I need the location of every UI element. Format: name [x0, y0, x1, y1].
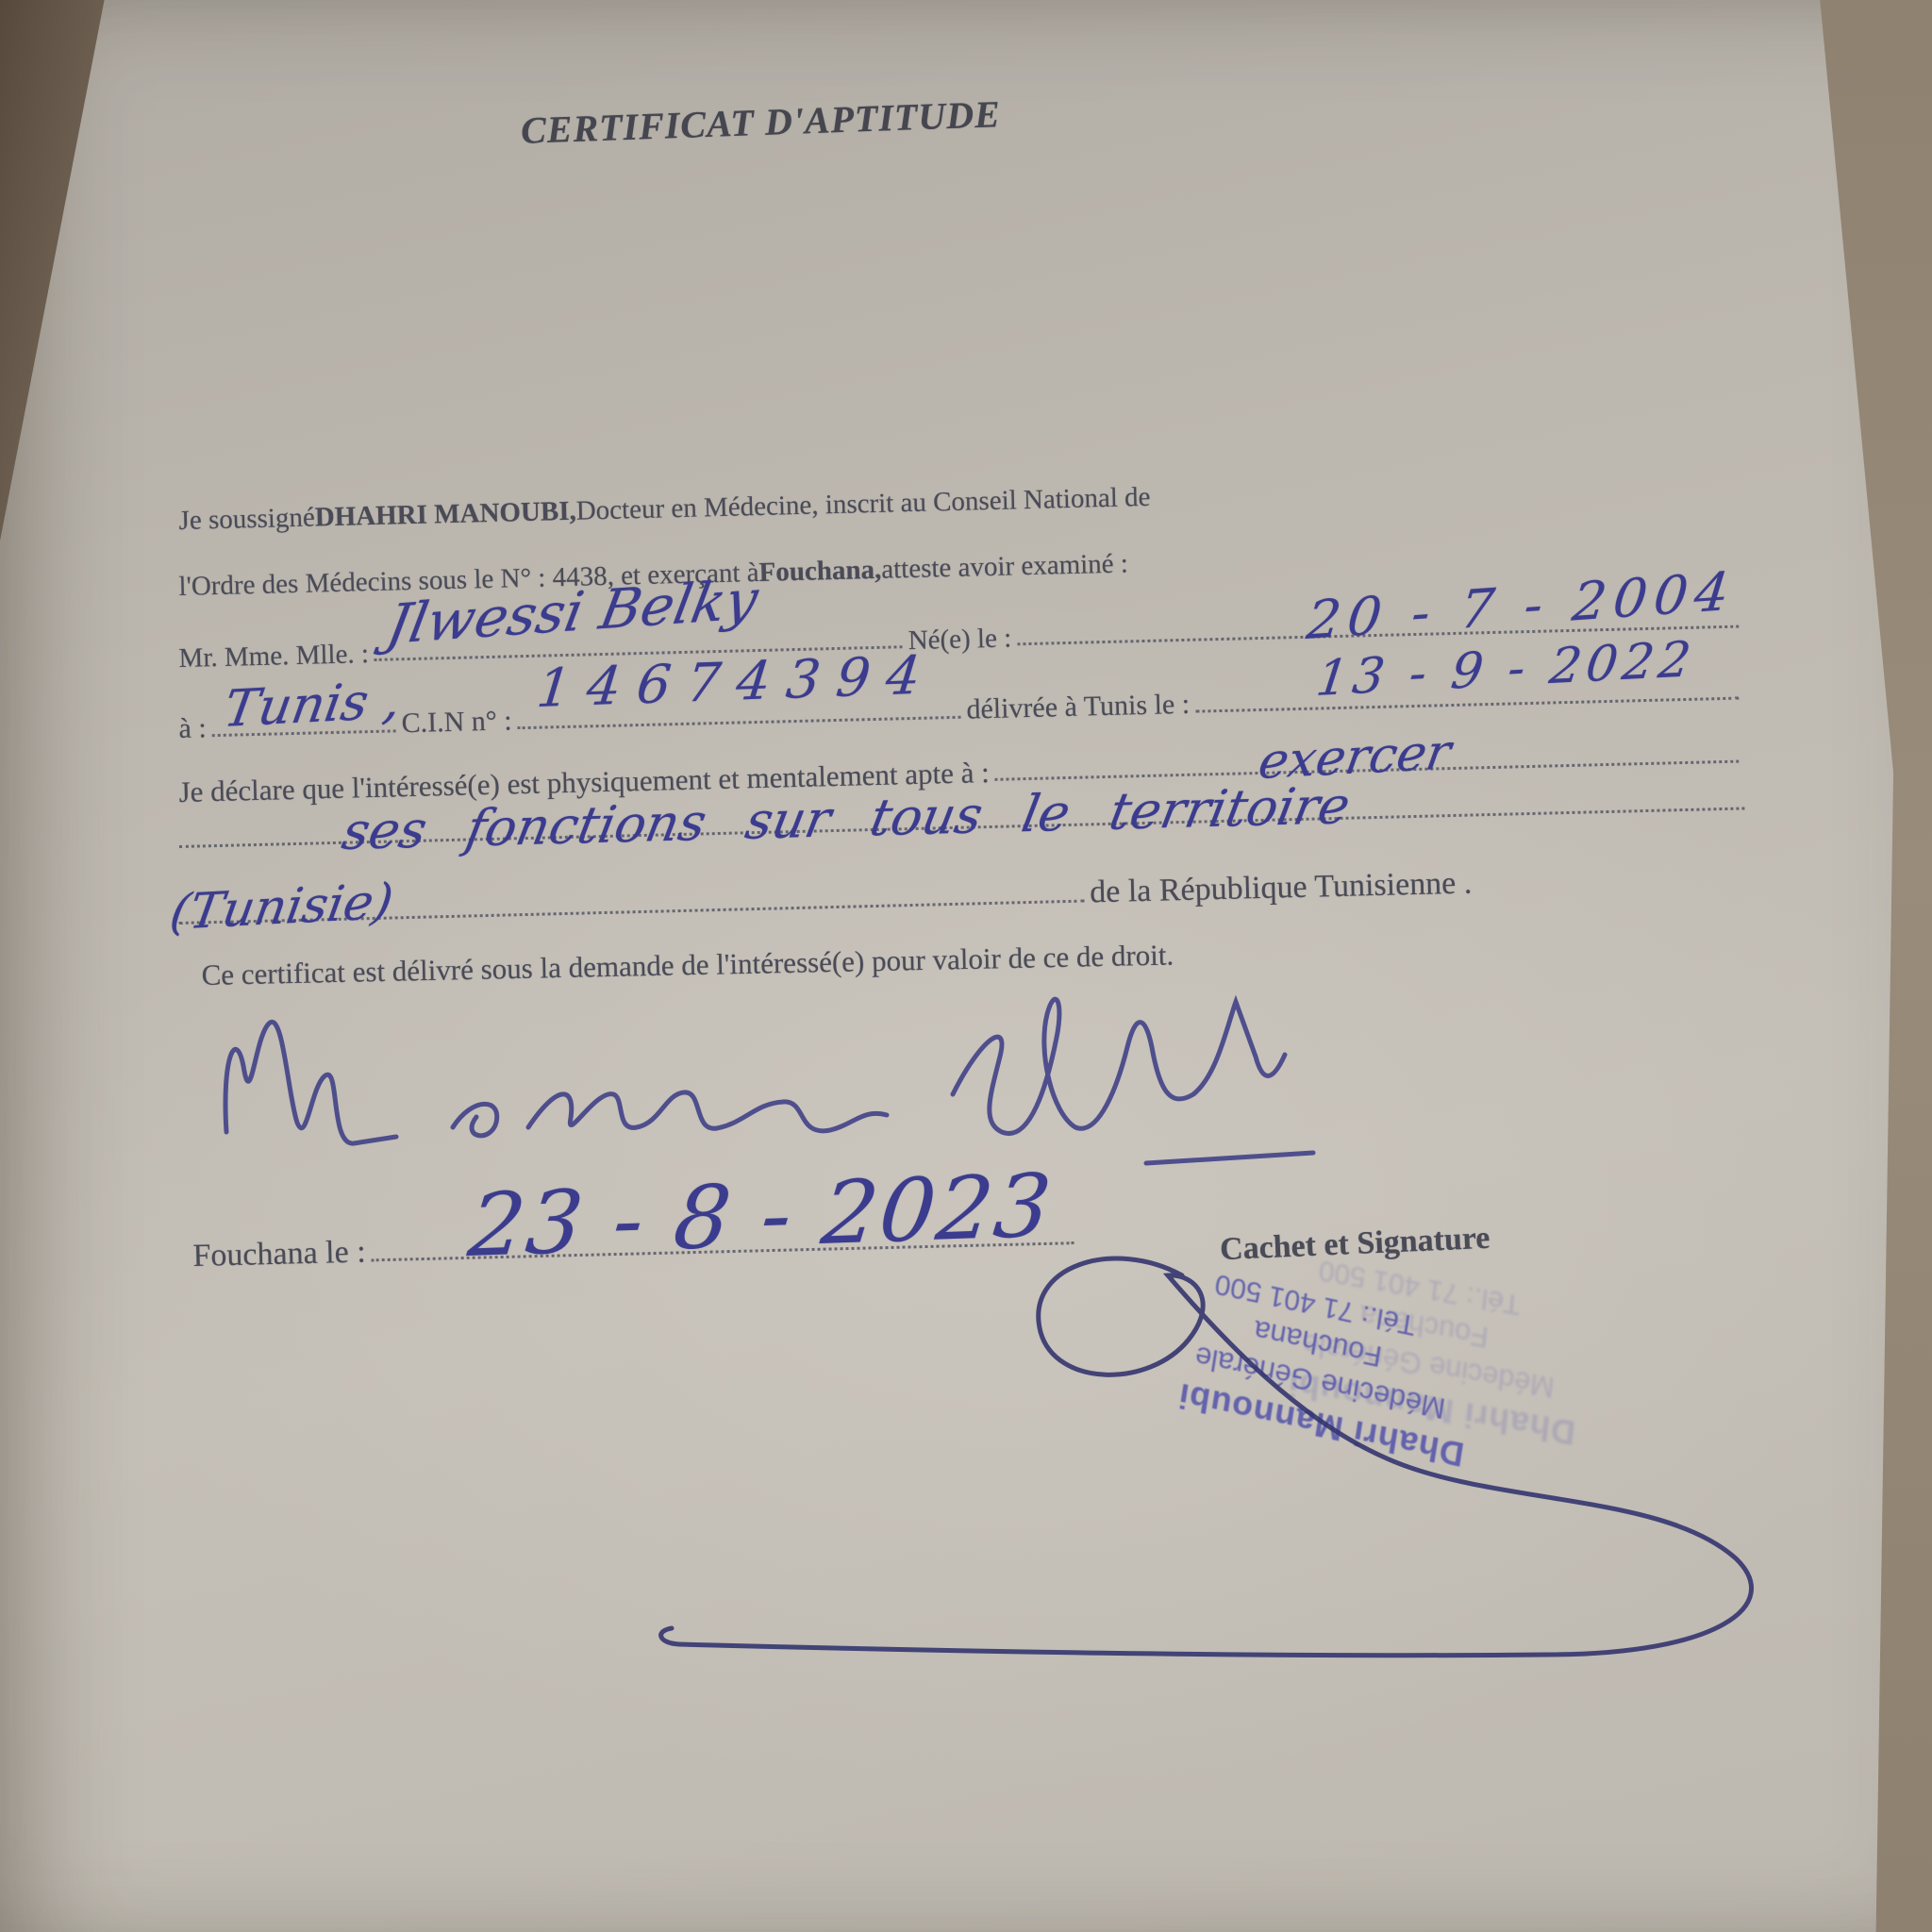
cin-label: C.I.N n° : — [401, 705, 512, 740]
photographed-document: { "document": { "title": "CERTIFICAT D'A… — [0, 0, 1932, 1932]
line2-suffix: atteste avoir examiné : — [881, 548, 1128, 586]
handwritten-aptitude-line3: (Tunisie) — [166, 874, 397, 941]
cin-issue-label: délivrée à Tunis le : — [966, 689, 1190, 726]
doctor-name: DHAHRI MANOUBI, — [314, 496, 576, 534]
practice-place: Fouchana, — [758, 555, 882, 590]
birth-place-label: à : — [178, 712, 207, 745]
issue-place-label: Fouchana le : — [192, 1234, 366, 1275]
handwritten-birth-place: Tunis , — [220, 670, 406, 739]
handwritten-issue-date: 23 - 8 - 2023 — [464, 1156, 1058, 1276]
civility-label: Mr. Mme. Mlle. : — [178, 639, 369, 675]
line1-prefix: Je soussigné — [178, 502, 315, 537]
